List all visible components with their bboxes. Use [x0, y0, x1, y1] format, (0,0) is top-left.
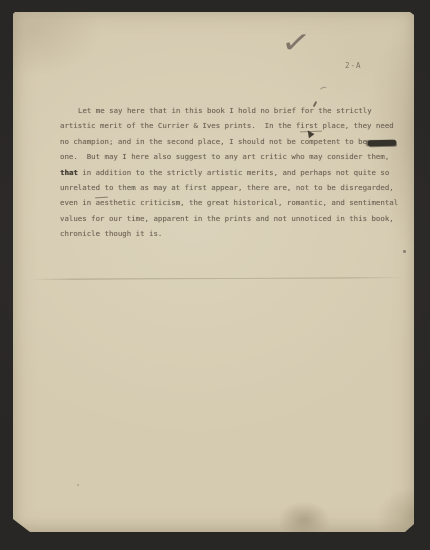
pencil-squiggle-mark: [320, 86, 328, 92]
typed-line: artistic merit of the Currier & Ives pri…: [60, 118, 412, 133]
manuscript-page: ✓ 2-A Let me say here that in this book …: [13, 12, 414, 532]
typed-line: chronicle though it is.: [60, 226, 412, 241]
typed-paragraph: Let me say here that in this book I hold…: [60, 103, 412, 242]
typed-line: that in addition to the strictly artisti…: [60, 165, 412, 180]
pencil-checkmark-icon: ✓: [279, 24, 312, 63]
paper-speck: [403, 250, 406, 253]
page-number: 2-A: [345, 61, 362, 70]
paper-speck: [77, 484, 79, 486]
typed-line: Let me say here that in this book I hold…: [60, 103, 412, 118]
paper-crease: [31, 277, 405, 280]
paper-edge-shading: [13, 12, 414, 532]
typed-line: even in aesthetic criticism, the great h…: [60, 195, 412, 210]
photo-backdrop: ✓ 2-A Let me say here that in this book …: [0, 0, 430, 550]
ink-strikeout-mark: [368, 140, 396, 146]
typed-line: unrelated to them as may at first appear…: [60, 180, 412, 195]
overtyped-word: that: [60, 165, 78, 180]
typed-line: values for our time, apparent in the pri…: [60, 211, 412, 226]
typed-line: one. But may I here also suggest to any …: [60, 149, 412, 164]
pencil-overline-mark: [95, 196, 108, 198]
typed-line: no champion; and in the second place, I …: [60, 134, 412, 149]
